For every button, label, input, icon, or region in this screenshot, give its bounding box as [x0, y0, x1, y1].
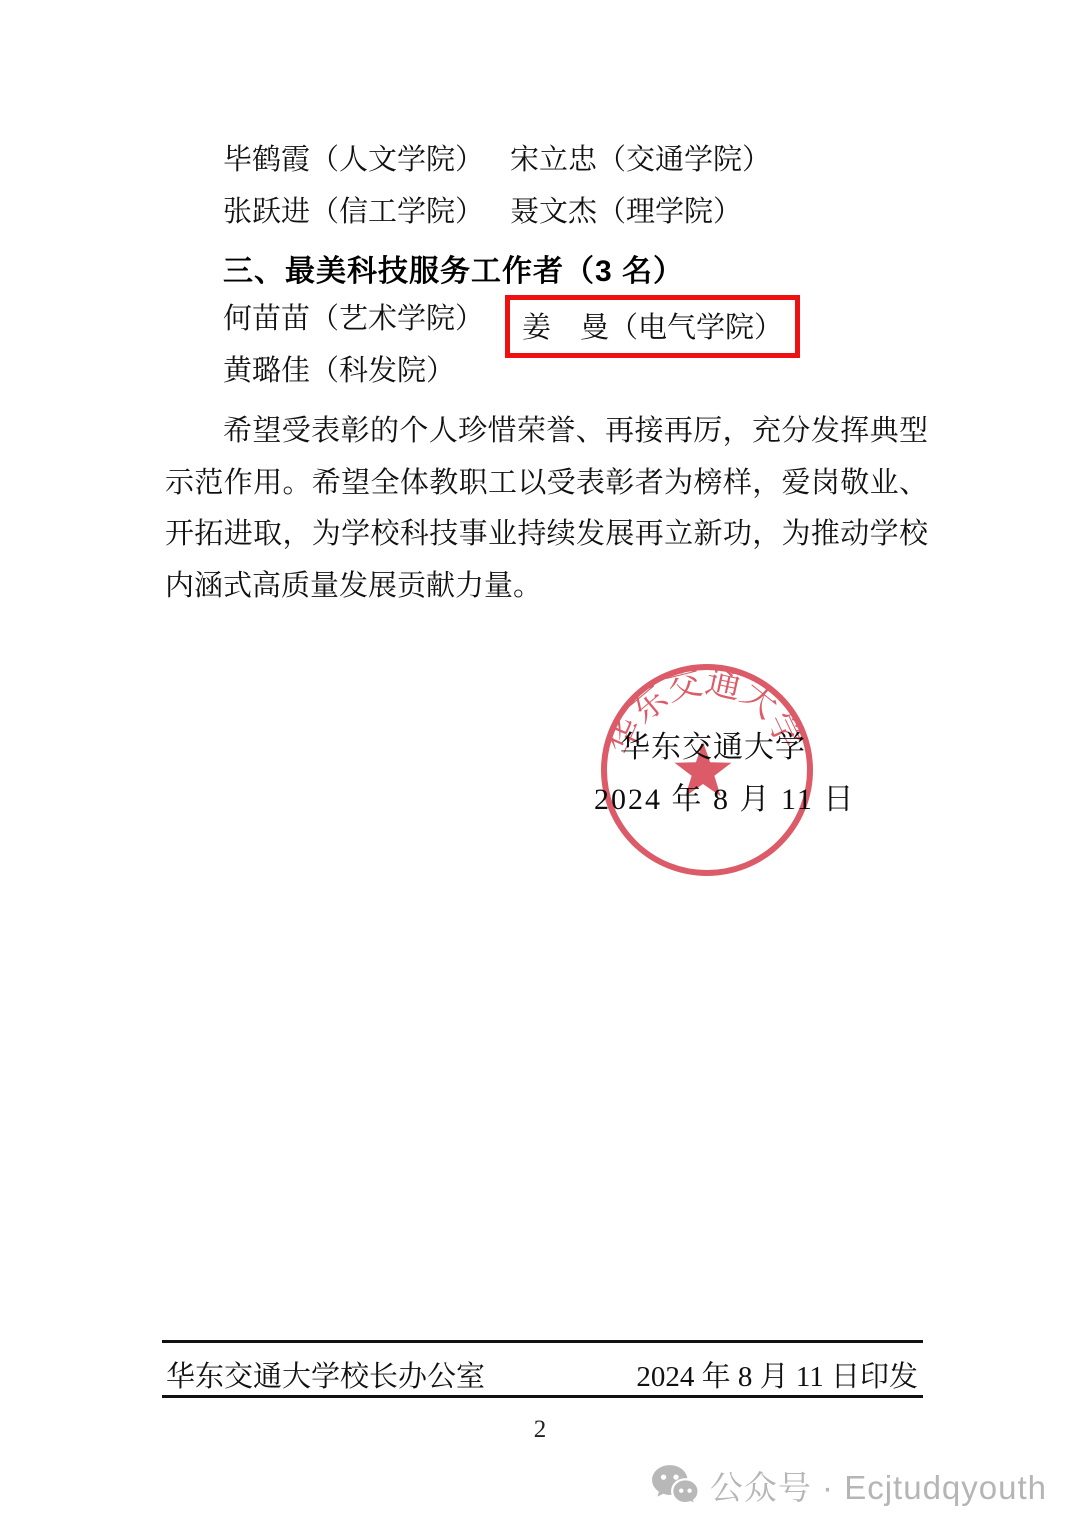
footer-rule-top [162, 1340, 923, 1343]
closing-paragraph: 希望受表彰的个人珍惜荣誉、再接再厉，充分发挥典型示范作用。希望全体教职工以受表彰… [165, 406, 928, 613]
awardee-name: 何苗苗（艺术学院） [223, 300, 510, 338]
name-row: 张跃进（信工学院）聂文杰（理学院） [223, 193, 742, 231]
highlighted-awardee-name: 姜 曼（电气学院） [522, 312, 783, 344]
highlight-box: 姜 曼（电气学院） [505, 295, 800, 358]
watermark-label: 公众号 · Ecjtudqyouth [710, 1462, 1047, 1509]
name-row: 毕鹤霞（人文学院）宋立忠（交通学院） [223, 141, 771, 179]
awardee-name: 聂文杰（理学院） [510, 196, 742, 228]
signature-line: 华东交通大学 [620, 722, 806, 766]
name-row: 黄璐佳（科发院） [223, 352, 455, 390]
section-heading: 三、最美科技服务工作者（3 名） [223, 246, 684, 290]
page-number: 2 [0, 1416, 1080, 1444]
name-row: 何苗苗（艺术学院） [223, 300, 510, 338]
awardee-name: 黄璐佳（科发院） [223, 355, 455, 387]
wechat-icon [650, 1463, 700, 1509]
signature-date: 2024 年 8 月 11 日 [594, 774, 855, 818]
document-page: 毕鹤霞（人文学院）宋立忠（交通学院） 张跃进（信工学院）聂文杰（理学院） 三、最… [0, 0, 1080, 1527]
watermark: 公众号 · Ecjtudqyouth [650, 1462, 1047, 1509]
awardee-name: 宋立忠（交通学院） [510, 144, 771, 176]
footer-rule-bottom [162, 1395, 923, 1398]
footer-issuer: 华东交通大学校长办公室 [166, 1354, 485, 1395]
awardee-name: 张跃进（信工学院） [223, 193, 510, 231]
official-seal: 华东交通大学 [597, 660, 817, 880]
footer-print-date: 2024 年 8 月 11 日印发 [636, 1354, 918, 1395]
awardee-name: 毕鹤霞（人文学院） [223, 141, 510, 179]
